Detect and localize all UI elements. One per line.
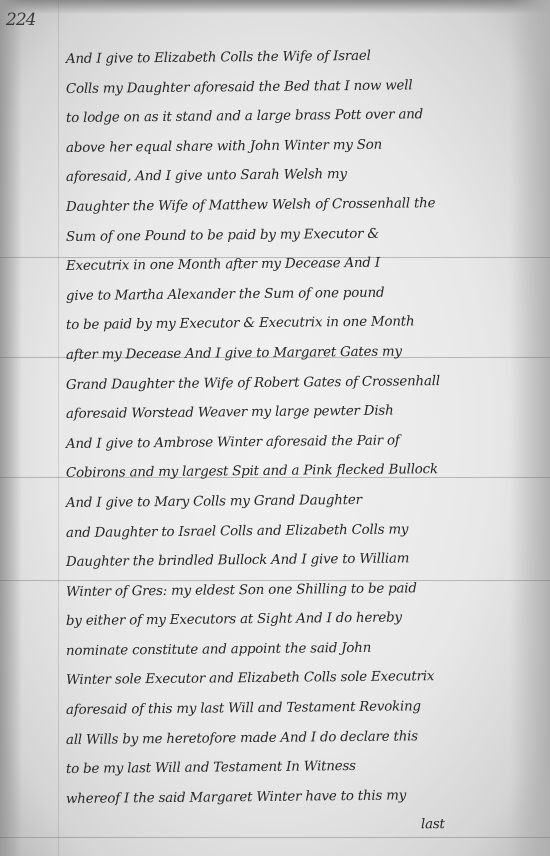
text-line: Daughter the brindled Bullock And I give… — [66, 543, 506, 577]
text-line: after my Decease And I give to Margaret … — [66, 336, 506, 370]
text-line: to lodge on as it stand and a large bras… — [66, 100, 506, 134]
text-line: Executrix in one Month after my Decease … — [66, 248, 506, 282]
text-line: aforesaid of this my last Will and Testa… — [66, 691, 506, 725]
text-line: Colls my Daughter aforesaid the Bed that… — [66, 70, 506, 104]
text-line: to be my last Will and Testament In Witn… — [66, 751, 506, 785]
page-number: 224 — [6, 10, 35, 30]
catchword: last — [66, 810, 506, 844]
text-line: Grand Daughter the Wife of Robert Gates … — [66, 366, 506, 400]
text-line: to be paid by my Executor & Executrix in… — [66, 307, 506, 341]
fold-mark-vertical — [58, 0, 59, 856]
text-line: aforesaid, And I give unto Sarah Welsh m… — [66, 159, 506, 193]
text-line: Daughter the Wife of Matthew Welsh of Cr… — [66, 188, 506, 222]
text-line: Sum of one Pound to be paid by my Execut… — [66, 218, 506, 252]
handwritten-text-body: And I give to Elizabeth Colls the Wife o… — [66, 45, 506, 844]
manuscript-page: 224 And I give to Elizabeth Colls the Wi… — [0, 0, 550, 856]
scan-edge-right — [510, 0, 550, 856]
text-line: by either of my Executors at Sight And I… — [66, 603, 506, 637]
text-line: and Daughter to Israel Colls and Elizabe… — [66, 514, 506, 548]
text-line: And I give to Elizabeth Colls the Wife o… — [66, 40, 506, 74]
text-line: And I give to Mary Colls my Grand Daught… — [66, 484, 506, 518]
scan-edge-top — [0, 0, 550, 14]
scan-edge-left — [0, 0, 22, 856]
text-line: aforesaid Worstead Weaver my large pewte… — [66, 396, 506, 430]
text-line: Winter sole Executor and Elizabeth Colls… — [66, 662, 506, 696]
text-line: Cobirons and my largest Spit and a Pink … — [66, 455, 506, 489]
